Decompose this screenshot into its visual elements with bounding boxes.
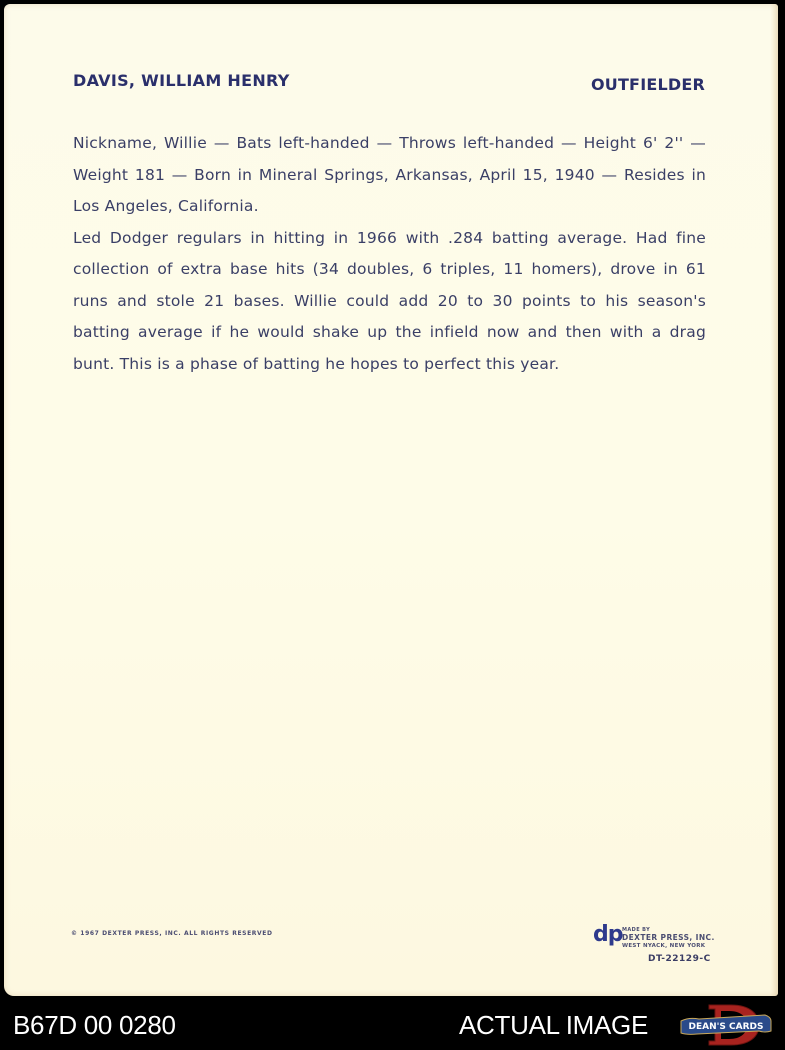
bio-line: Nickname, Willie — Bats left-handed — Th… xyxy=(73,128,706,223)
card-code: DT-22129-C xyxy=(648,954,711,964)
season-summary: Led Dodger regulars in hitting in 1966 w… xyxy=(73,223,706,381)
item-id: B67D 00 0280 xyxy=(13,1010,176,1041)
deans-cards-logo-icon: DEAN'S CARDS xyxy=(679,1003,773,1047)
publisher-name: DEXTER PRESS, INC. xyxy=(622,934,715,942)
actual-image-label: ACTUAL IMAGE xyxy=(459,1010,648,1041)
card-back: DAVIS, WILLIAM HENRY OUTFIELDER Nickname… xyxy=(4,4,778,996)
dexter-press-logo: dp xyxy=(593,924,623,946)
player-name: DAVIS, WILLIAM HENRY xyxy=(73,71,290,90)
publisher-info: MADE BY DEXTER PRESS, INC. WEST NYACK, N… xyxy=(622,926,715,950)
publisher-location: WEST NYACK, NEW YORK xyxy=(622,942,715,950)
bio-block: Nickname, Willie — Bats left-handed — Th… xyxy=(73,128,706,380)
copyright-notice: © 1967 DEXTER PRESS, INC. ALL RIGHTS RES… xyxy=(71,930,273,937)
player-position: OUTFIELDER xyxy=(591,75,705,94)
svg-text:DEAN'S CARDS: DEAN'S CARDS xyxy=(689,1022,764,1032)
